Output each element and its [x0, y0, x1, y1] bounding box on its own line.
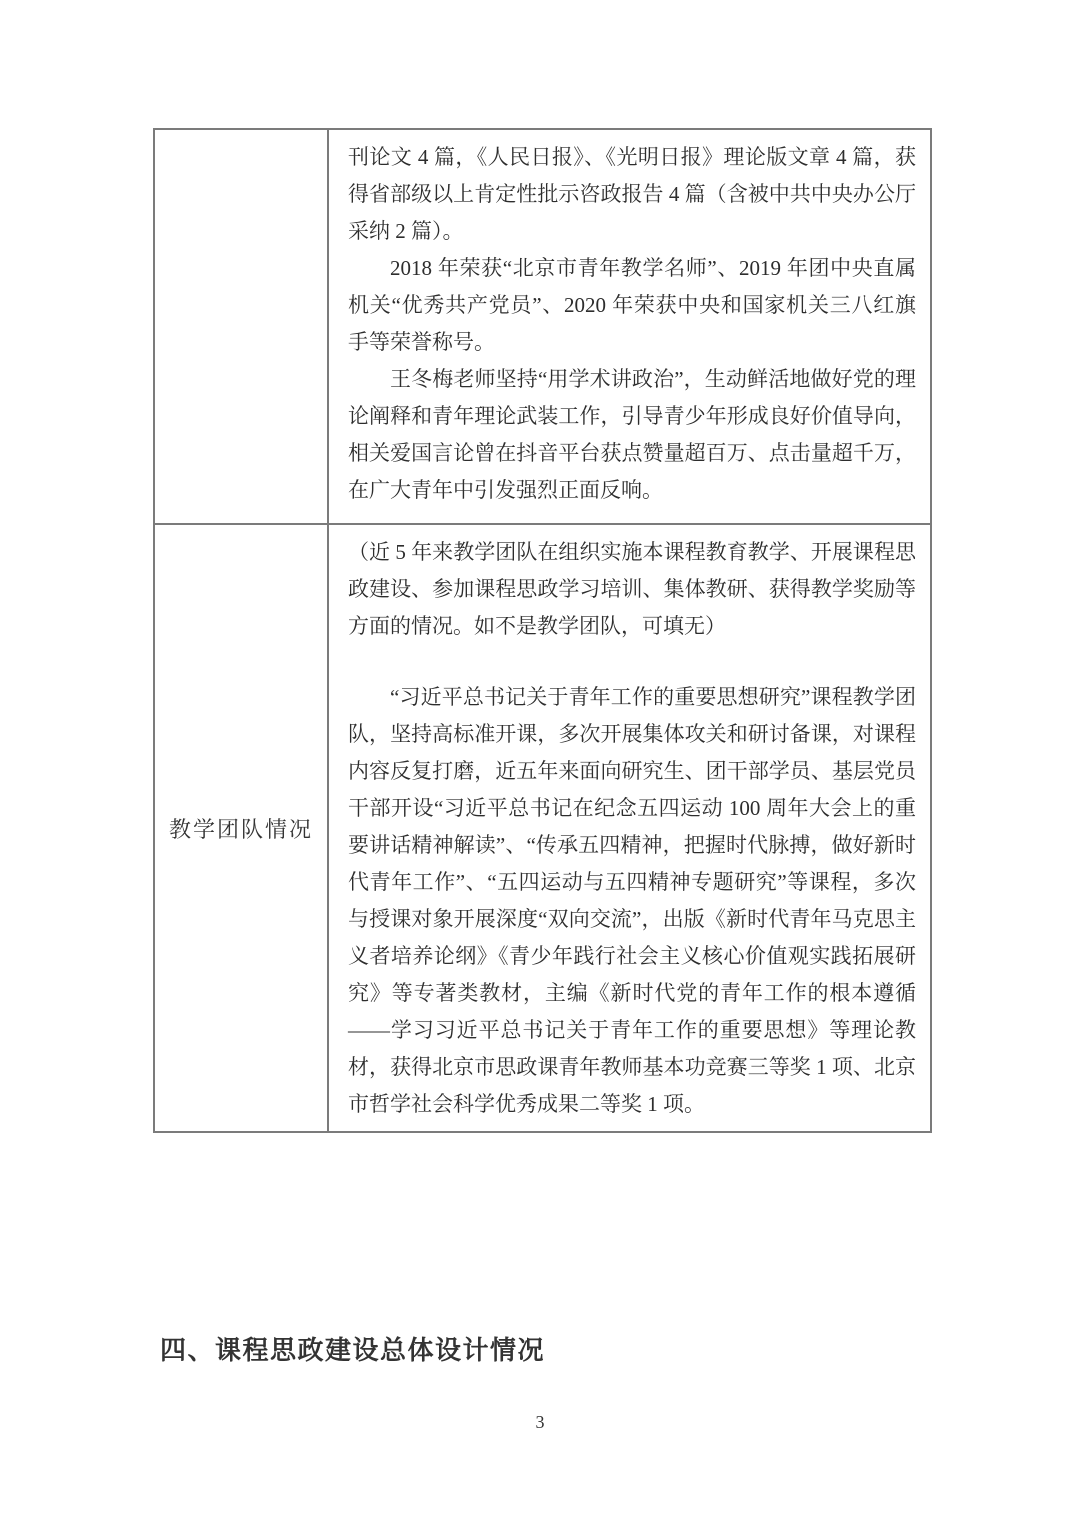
paragraph: 2018 年荣获“北京市青年教学名师”、2019 年团中央直属机关“优秀共产党员…: [348, 250, 916, 361]
page-number: 3: [0, 1412, 1080, 1433]
table-row: 教学团队情况 （近 5 年来教学团队在组织实施本课程教育教学、开展课程思政建设、…: [154, 524, 931, 1132]
paragraph: 刊论文 4 篇，《人民日报》、《光明日报》理论版文章 4 篇，获得省部级以上肯定…: [348, 139, 916, 250]
section-heading: 四、课程思政建设总体设计情况: [160, 1330, 545, 1367]
row-label-cell-empty: [154, 129, 328, 524]
paragraph: 王冬梅老师坚持“用学术讲政治”，生动鲜活地做好党的理论阐释和青年理论武装工作，引…: [348, 361, 916, 509]
blank-line: [348, 645, 916, 679]
instruction-note: （近 5 年来教学团队在组织实施本课程教育教学、开展课程思政建设、参加课程思政学…: [348, 534, 916, 645]
row-content-cell: （近 5 年来教学团队在组织实施本课程教育教学、开展课程思政建设、参加课程思政学…: [328, 524, 931, 1132]
document-page: 刊论文 4 篇，《人民日报》、《光明日报》理论版文章 4 篇，获得省部级以上肯定…: [0, 0, 1080, 1527]
row-content-cell: 刊论文 4 篇，《人民日报》、《光明日报》理论版文章 4 篇，获得省部级以上肯定…: [328, 129, 931, 524]
row-label-cell: 教学团队情况: [154, 524, 328, 1132]
paragraph: “习近平总书记关于青年工作的重要思想研究”课程教学团队，坚持高标准开课，多次开展…: [348, 679, 916, 1123]
table-row: 刊论文 4 篇，《人民日报》、《光明日报》理论版文章 4 篇，获得省部级以上肯定…: [154, 129, 931, 524]
application-form-table: 刊论文 4 篇，《人民日报》、《光明日报》理论版文章 4 篇，获得省部级以上肯定…: [153, 128, 932, 1133]
